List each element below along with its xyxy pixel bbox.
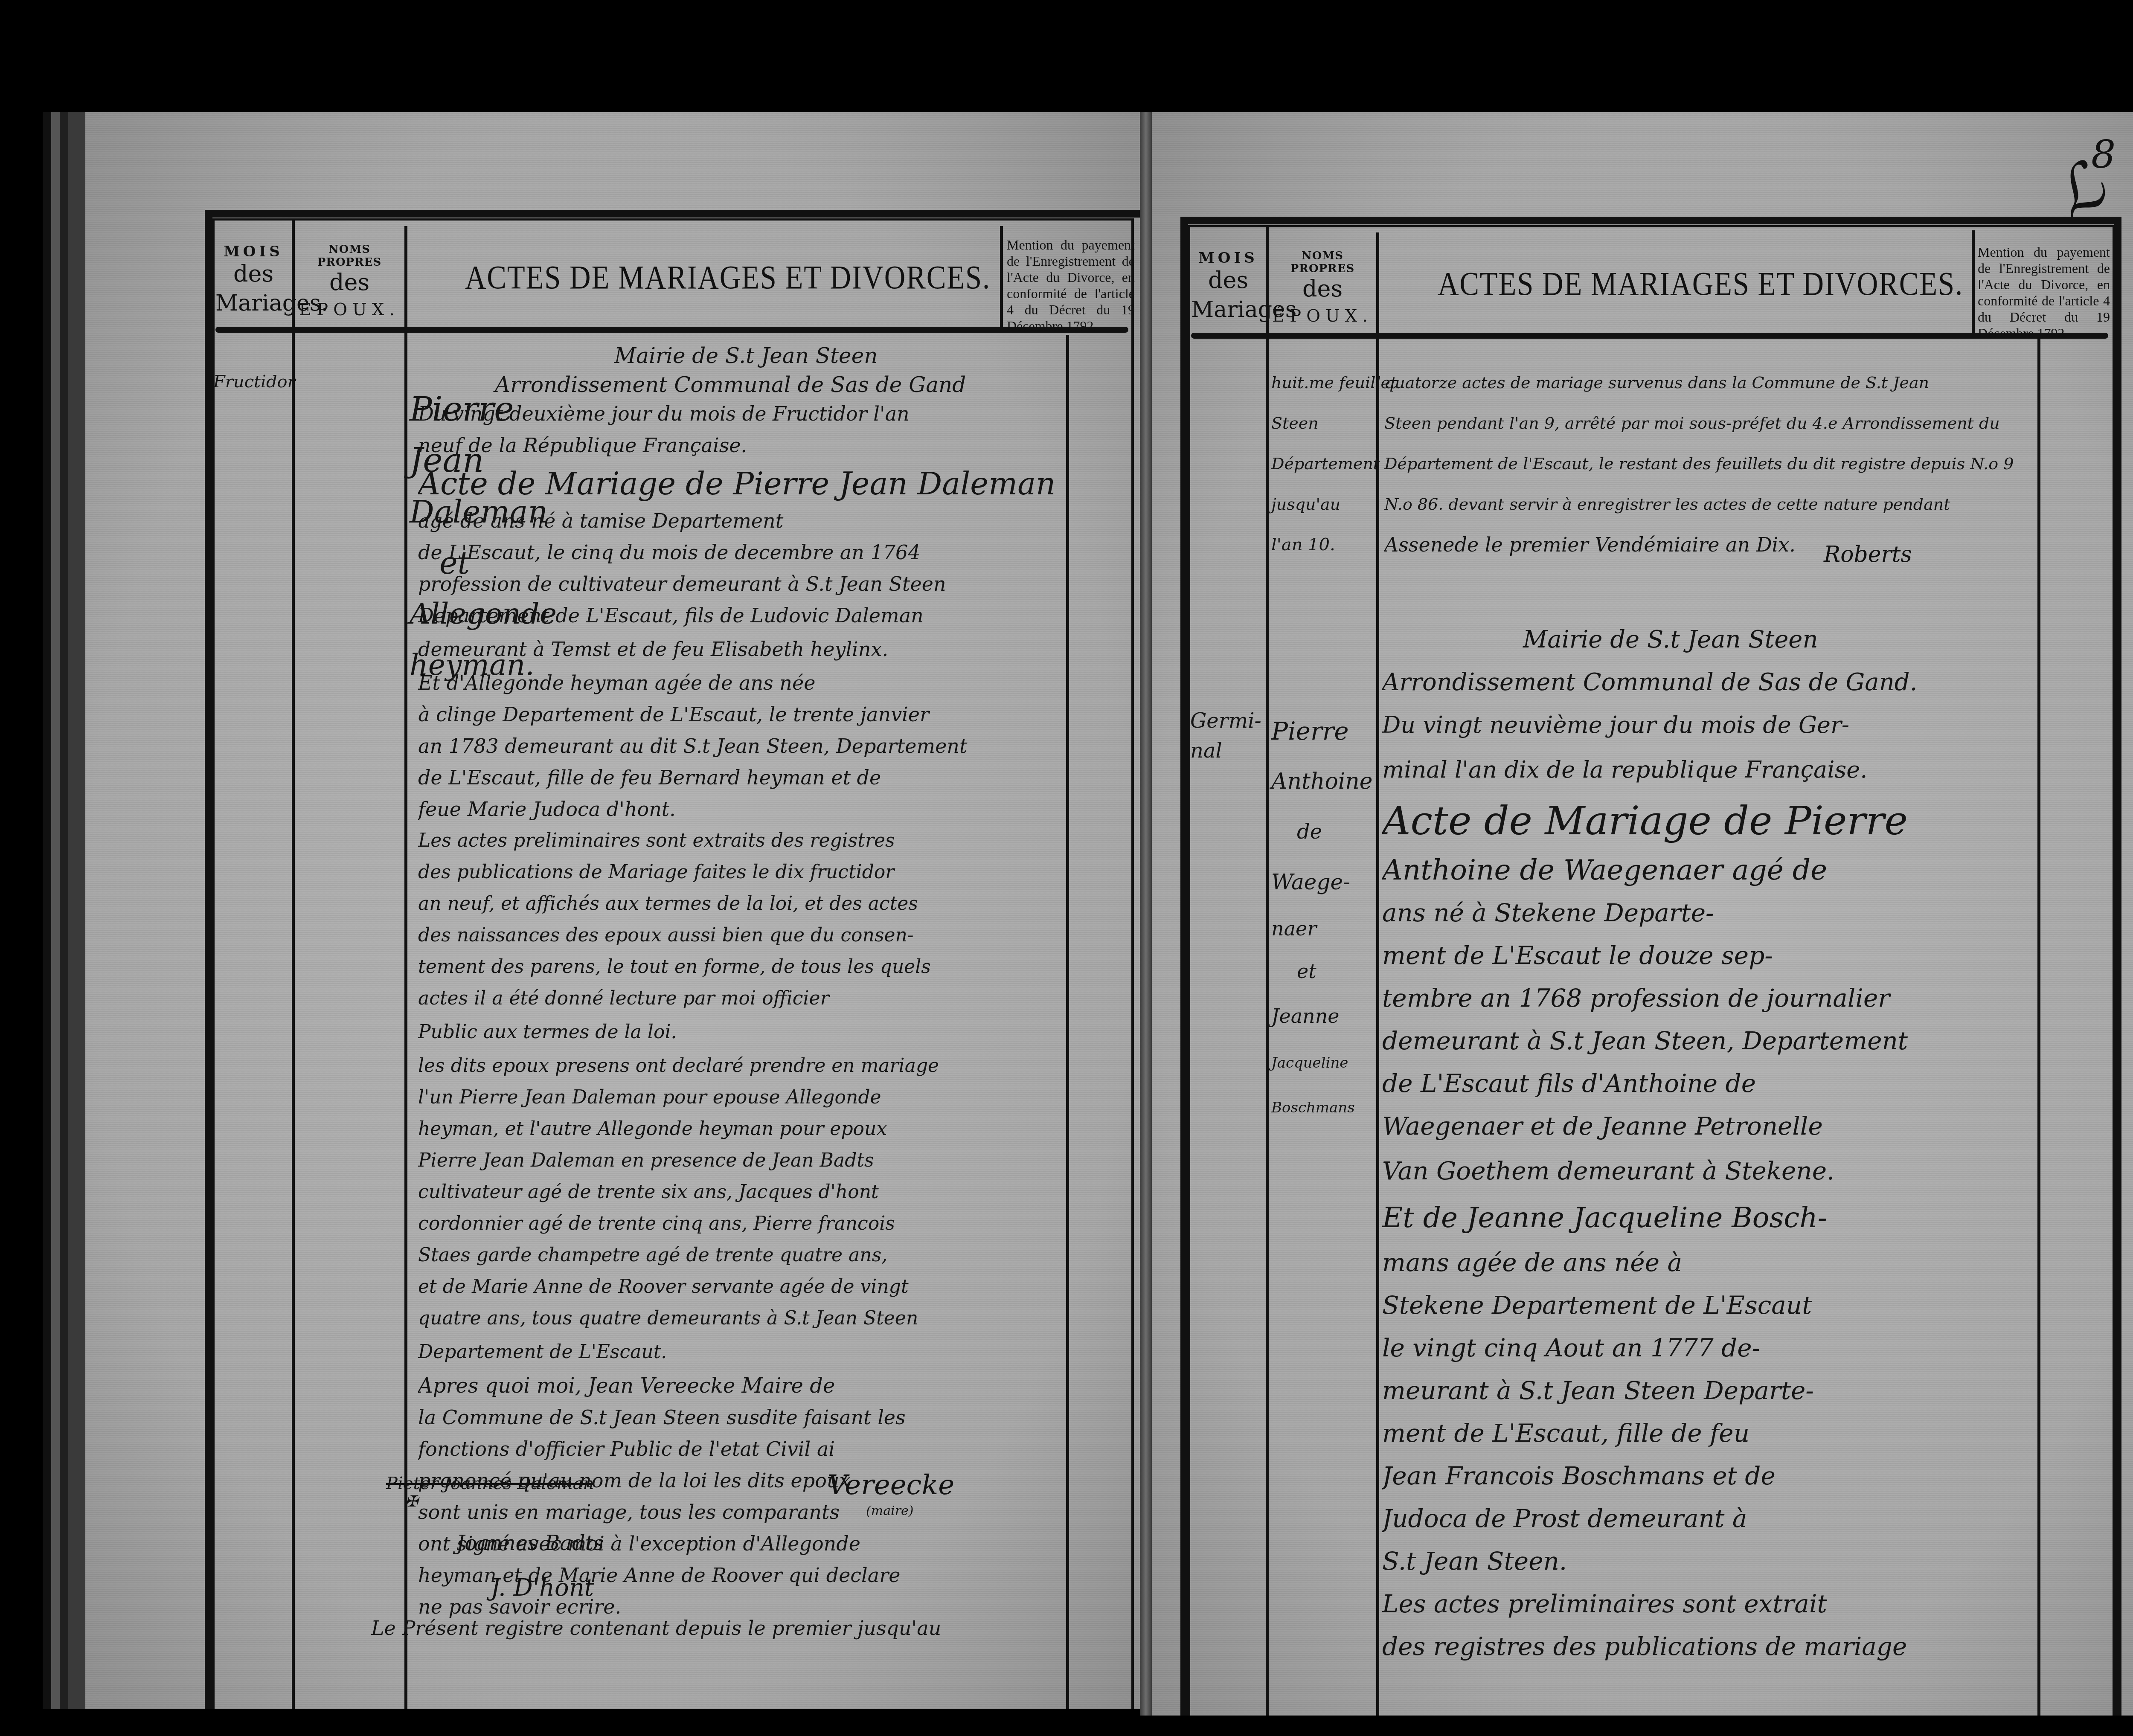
right-header-rule (1191, 333, 2108, 339)
act-line: Du vingt neuvième jour du mois de Ger- (1382, 704, 2035, 746)
right-col-divider-mention-header (1972, 230, 1975, 333)
act-line: Arrondissement Communal de Sas de Gand. (1382, 661, 2035, 704)
right-header-month-line3: Mariages (1191, 294, 1265, 325)
margin-note-line: jusqu'au (1271, 484, 1378, 525)
act-line: ans né à Stekene Departe- (1382, 891, 2035, 934)
left-col-divider-mention-body (1066, 335, 1069, 1709)
act-line: cordonnier agé de trente cinq ans, Pierr… (418, 1208, 1058, 1240)
left-header-names-line3: ÉPOUX. (294, 296, 404, 323)
act-line: Les actes preliminaires sont extrait (1382, 1582, 2035, 1625)
left-header-month-line3: Mariages. (215, 287, 291, 319)
signature-mark: ✠ (405, 1493, 418, 1510)
left-header-names-line1: NOMS PROPRES (294, 243, 404, 269)
spouse-name-line: Boschmans (1271, 1086, 1376, 1129)
left-closing-line: Le Présent registre contenant depuis le … (371, 1617, 941, 1640)
signature-mayor-title: (maire) (866, 1504, 913, 1518)
act-line: Staes garde champetre agé de trente quat… (418, 1240, 1058, 1271)
left-page-title: ACTES DE MARIAGES ET DIVORCES. (465, 258, 991, 296)
spouse-name-line: Pierre (1271, 706, 1376, 756)
closing-line: Assenede le premier Vendémiaire an Dix. (1384, 525, 2118, 565)
act-line: ment de L'Escaut, fille de feu (1382, 1412, 2035, 1454)
act-line: heyman, et l'autre Allegonde heyman pour… (418, 1113, 1058, 1145)
act-line: Les actes preliminaires sont extraits de… (418, 825, 1058, 856)
closing-line: quatorze actes de mariage survenus dans … (1384, 363, 2118, 403)
left-header-month: MOIS des Mariages. (215, 243, 291, 319)
act-line: Judoca de Prost demeurant à (1382, 1497, 2035, 1540)
right-header-names: NOMS PROPRES des ÉPOUX. (1269, 250, 1376, 330)
folio-number: 8 (2091, 132, 2116, 177)
spouse-name-line: Jacqueline (1271, 1039, 1376, 1086)
book-spine (1140, 112, 1152, 1716)
act-line: demeurant à S.t Jean Steen, Departement (1382, 1019, 2035, 1062)
act-line: de L'Escaut, fille de feu Bernard heyman… (418, 762, 1058, 793)
closing-line: N.o 86. devant servir à enregistrer les … (1384, 484, 2118, 525)
act-line: Van Goethem demeurant à Stekene. (1382, 1147, 2035, 1194)
right-header-month: MOIS des Mariages (1191, 250, 1265, 325)
left-header-names-line2: des (294, 269, 404, 296)
signature-subprefect: Roberts (1824, 542, 1912, 567)
act-line: profession de cultivateur demeurant à S.… (418, 568, 1058, 600)
act-line: Acte de Mariage de Pierre Jean Daleman (418, 462, 1058, 505)
act-line: Jean Francois Boschmans et de (1382, 1454, 2035, 1497)
act-line: fonctions d'officier Public de l'etat Ci… (418, 1433, 1058, 1465)
act-line: Apres quoi moi, Jean Vereecke Maire de (418, 1370, 1058, 1402)
act-line: Acte de Mariage de Pierre (1382, 793, 2035, 849)
right-col-divider-month (1266, 226, 1269, 1716)
act-line: minal l'an dix de la republique Français… (1382, 746, 2035, 793)
act-line: Waegenaer et de Jeanne Petronelle (1382, 1105, 2035, 1147)
act-line: feue Marie Judoca d'hont. (418, 793, 1058, 825)
act-line: S.t Jean Steen. (1382, 1540, 2035, 1582)
right-header-names-line3: ÉPOUX. (1269, 302, 1376, 330)
left-header-month-line2: des (215, 260, 291, 287)
act-line: le vingt cinq Aout an 1777 de- (1382, 1327, 2035, 1369)
right-spouse-names: Pierre Anthoine de Waege- naer et Jeanne… (1271, 706, 1376, 1129)
margin-note-line: huit.me feuillet (1271, 363, 1378, 403)
act-line: quatre ans, tous quatre demeurants à S.t… (418, 1303, 1058, 1334)
left-header-month-line1: MOIS (215, 243, 291, 260)
act-line: tement des parens, le tout en forme, de … (418, 951, 1058, 983)
act-line: la Commune de S.t Jean Steen susdite fai… (418, 1402, 1058, 1433)
left-col-divider-month (292, 220, 295, 1709)
right-header-names-line2: des (1269, 275, 1376, 302)
act-line: des registres des publications de mariag… (1382, 1625, 2035, 1668)
act-line: actes il a été donné lecture par moi off… (418, 983, 1058, 1014)
right-act-text: Mairie de S.t Jean Steen Arrondissement … (1382, 618, 2035, 1668)
act-line: neuf de la République Française. (418, 428, 1058, 462)
spouse-name-line: de (1271, 807, 1376, 857)
right-header-month-line2: des (1191, 267, 1265, 294)
act-line: Public aux termes de la loi. (418, 1014, 1058, 1050)
right-header-names-line1: NOMS PROPRES (1269, 250, 1376, 275)
act-line: des publications de Mariage faites le di… (418, 856, 1058, 888)
spouse-name-line: Jeanne (1271, 993, 1376, 1039)
act-line: tembre an 1768 profession de journalier (1382, 977, 2035, 1019)
right-month-entry: Germi- nal (1190, 706, 1265, 766)
act-line: et de Marie Anne de Roover servante agée… (418, 1271, 1058, 1303)
act-line: de L'Escaut fils d'Anthoine de (1382, 1062, 2035, 1105)
left-header-rule (215, 327, 1128, 333)
act-line: Stekene Departement de L'Escaut (1382, 1284, 2035, 1327)
act-line: mans agée de ans née à (1382, 1241, 2035, 1284)
act-line: cultivateur agé de trente six ans, Jacqu… (418, 1176, 1058, 1208)
margin-note-line: Steen (1271, 403, 1378, 444)
act-line: Departement de L'Escaut. (418, 1334, 1058, 1370)
act-line: Du vingt deuxième jour du mois de Fructi… (418, 399, 1058, 428)
act-line: Arrondissement Communal de Sas de Gand (418, 370, 1058, 399)
closing-margin-notes: huit.me feuillet Steen Département jusqu… (1271, 363, 1378, 565)
left-col-divider-mention-header (1000, 226, 1003, 332)
act-line: Et d'Allegonde heyman agée de ans née (418, 667, 1058, 699)
act-line: Mairie de S.t Jean Steen (418, 341, 1058, 370)
signature-witness1: Joannes Badts (456, 1531, 604, 1555)
spouse-name-line: Waege- (1271, 857, 1376, 907)
right-header-month-line1: MOIS (1191, 250, 1265, 267)
act-line: an 1783 demeurant au dit S.t Jean Steen,… (418, 730, 1058, 762)
act-line: Departement de L'Escaut, fils de Ludovic… (418, 600, 1058, 631)
act-line: agé de ans né à tamise Departement (418, 505, 1058, 537)
left-header-names: NOMS PROPRES des ÉPOUX. (294, 243, 404, 323)
left-act-text: Mairie de S.t Jean Steen Arrondissement … (418, 341, 1058, 1623)
signature-mayor: Vereecke (828, 1469, 954, 1501)
margin-note-line: l'an 10. (1271, 525, 1378, 565)
act-line: Et de Jeanne Jacqueline Bosch- (1382, 1194, 2035, 1241)
closing-line: Département de l'Escaut, le restant des … (1384, 444, 2118, 484)
act-line: meurant à S.t Jean Steen Departe- (1382, 1369, 2035, 1412)
act-line: Anthoine de Waegenaer agé de (1382, 849, 2035, 891)
spouse-name-line: Anthoine (1271, 756, 1376, 807)
act-line: Pierre Jean Daleman en presence de Jean … (418, 1145, 1058, 1176)
act-line: des naissances des epoux aussi bien que … (418, 920, 1058, 951)
left-month-entry: Fructidor (213, 372, 296, 392)
closing-line: Steen pendant l'an 9, arrêté par moi sou… (1384, 403, 2118, 444)
month-line: nal (1190, 736, 1265, 766)
signature-witness2: J. D'hont (491, 1574, 594, 1602)
act-line: l'un Pierre Jean Daleman pour epouse All… (418, 1082, 1058, 1113)
left-header-mention: Mention du payement de l'Enregistrement … (1007, 237, 1135, 334)
right-header-mention: Mention du payement de l'Enregistrement … (1978, 244, 2110, 341)
act-line: ment de L'Escaut le douze sep- (1382, 934, 2035, 977)
closing-certification-text: quatorze actes de mariage survenus dans … (1384, 363, 2118, 565)
spouse-name-line: naer (1271, 907, 1376, 950)
act-line: à clinge Departement de L'Escaut, le tre… (418, 699, 1058, 730)
act-line: les dits epoux presens ont declaré prend… (418, 1050, 1058, 1082)
act-line: demeurant à Temst et de feu Elisabeth he… (418, 631, 1058, 667)
act-line: sont unis en mariage, tous les comparant… (418, 1496, 1058, 1528)
act-line: Mairie de S.t Jean Steen (1382, 618, 2035, 661)
act-line: de L'Escaut, le cinq du mois de decembre… (418, 537, 1058, 568)
act-line: an neuf, et affichés aux termes de la lo… (418, 888, 1058, 920)
right-page-title: ACTES DE MARIAGES ET DIVORCES. (1438, 264, 1963, 303)
month-line: Germi- (1190, 706, 1265, 736)
spouse-name-line: et (1271, 950, 1376, 993)
margin-note-line: Département (1271, 444, 1378, 484)
signature-groom: Pieter Joannes Daleman (386, 1474, 594, 1493)
